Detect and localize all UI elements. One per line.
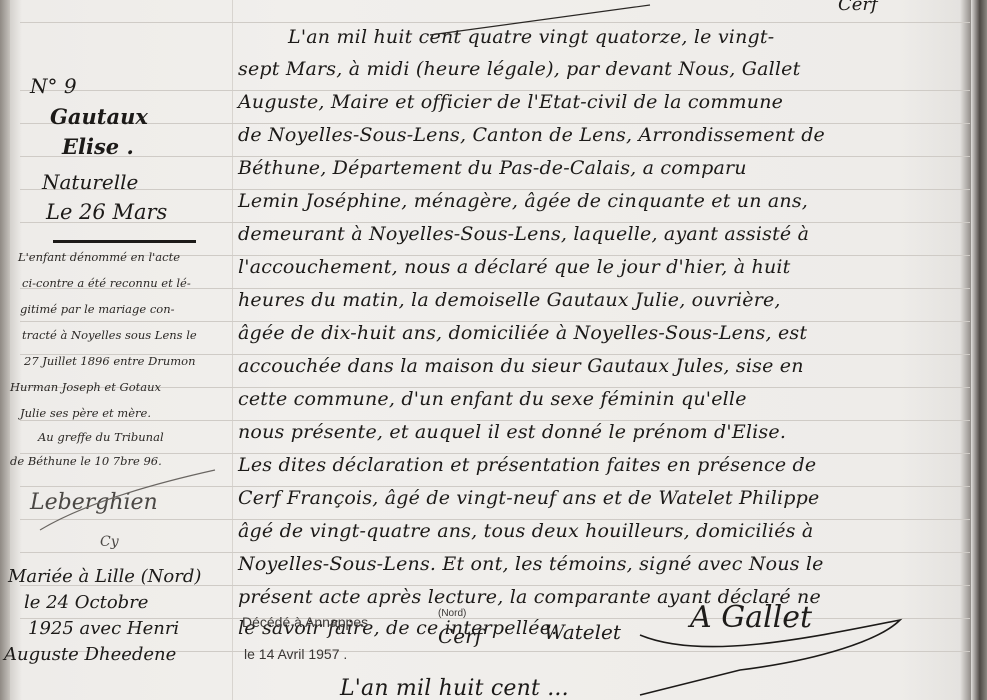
greffe-line: Au greffe du Tribunal [38, 430, 164, 444]
act-line: Les dites déclaration et présentation fa… [238, 454, 816, 476]
act-line: Béthune, Département du Pas-de-Calais, a… [238, 157, 747, 179]
legitimation-line: 27 Juillet 1896 entre Drumon [24, 354, 196, 368]
act-line: Auguste, Maire et officier de l'Etat-civ… [238, 91, 783, 113]
page-left-edge [0, 0, 10, 700]
clerk-signature: Leberghien [30, 490, 158, 515]
act-line: Cerf François, âgé de vingt-neuf ans et … [238, 487, 819, 509]
marriage-line: 1925 avec Henri [28, 618, 179, 639]
legitimation-line: gitimé par le mariage con- [20, 302, 175, 316]
death-note-line: Décédé à Annappes [242, 614, 368, 630]
act-line: de Noyelles-Sous-Lens, Canton de Lens, A… [238, 124, 825, 146]
act-line: L'an mil huit cent quatre vingt quatorze… [288, 26, 774, 48]
header-fragment: Cerf [838, 0, 878, 15]
register-page: Cerf N° 9 Gautaux Elise . Naturelle Le 2… [0, 0, 987, 700]
legitimation-line: ci-contre a été reconnu et lé- [22, 276, 191, 290]
mayor-signature: A Gallet [690, 600, 812, 635]
child-given-name: Elise . [62, 134, 134, 159]
act-line: Lemin Joséphine, ménagère, âgée de cinqu… [238, 190, 808, 212]
next-entry-fragment: L'an mil huit cent ... [340, 676, 569, 700]
legitimation-line: tracté à Noyelles sous Lens le [22, 328, 197, 342]
act-line: Noyelles-Sous-Lens. Et ont, les témoins,… [238, 553, 824, 575]
greffe-line: de Béthune le 10 7bre 96. [10, 454, 162, 468]
act-line: accouchée dans la maison du sieur Gautau… [238, 355, 804, 377]
act-line: sept Mars, à midi (heure légale), par de… [238, 58, 800, 80]
clerk-initials: Cy [100, 534, 119, 550]
death-note-region: (Nord) [438, 608, 466, 619]
marriage-line: Auguste Dheedene [4, 644, 176, 665]
margin-divider [232, 0, 233, 700]
death-note-line: le 14 Avril 1957 . [244, 646, 347, 662]
margin-date: Le 26 Mars [46, 200, 167, 224]
act-line: cette commune, d'un enfant du sexe fémin… [238, 388, 747, 410]
act-line: demeurant à Noyelles-Sous-Lens, laquelle… [238, 223, 809, 245]
act-line: nous présente, et auquel il est donné le… [238, 421, 786, 443]
entry-number: N° 9 [30, 74, 77, 98]
book-binding [971, 0, 987, 700]
marriage-line: Mariée à Lille (Nord) [8, 566, 201, 587]
child-surname: Gautaux [50, 104, 148, 129]
act-line: âgé de vingt-quatre ans, tous deux houil… [238, 520, 813, 542]
margin-separator [53, 240, 196, 243]
ruled-line [20, 22, 970, 23]
act-line: âgée de dix-huit ans, domiciliée à Noyel… [238, 322, 807, 344]
legitimation-line: Hurman Joseph et Gotaux [10, 380, 161, 394]
act-line: l'accouchement, nous a déclaré que le jo… [238, 256, 791, 278]
legitimation-line: L'enfant dénommé en l'acte [18, 250, 180, 264]
act-line: heures du matin, la demoiselle Gautaux J… [238, 289, 781, 311]
legitimation-line: Julie ses père et mère. [20, 406, 151, 420]
witness-signature-cerf: Cerf [438, 624, 482, 648]
witness-signature-watelet: Watelet [544, 620, 621, 644]
birth-status: Naturelle [42, 170, 138, 194]
marriage-line: le 24 Octobre [24, 592, 148, 613]
